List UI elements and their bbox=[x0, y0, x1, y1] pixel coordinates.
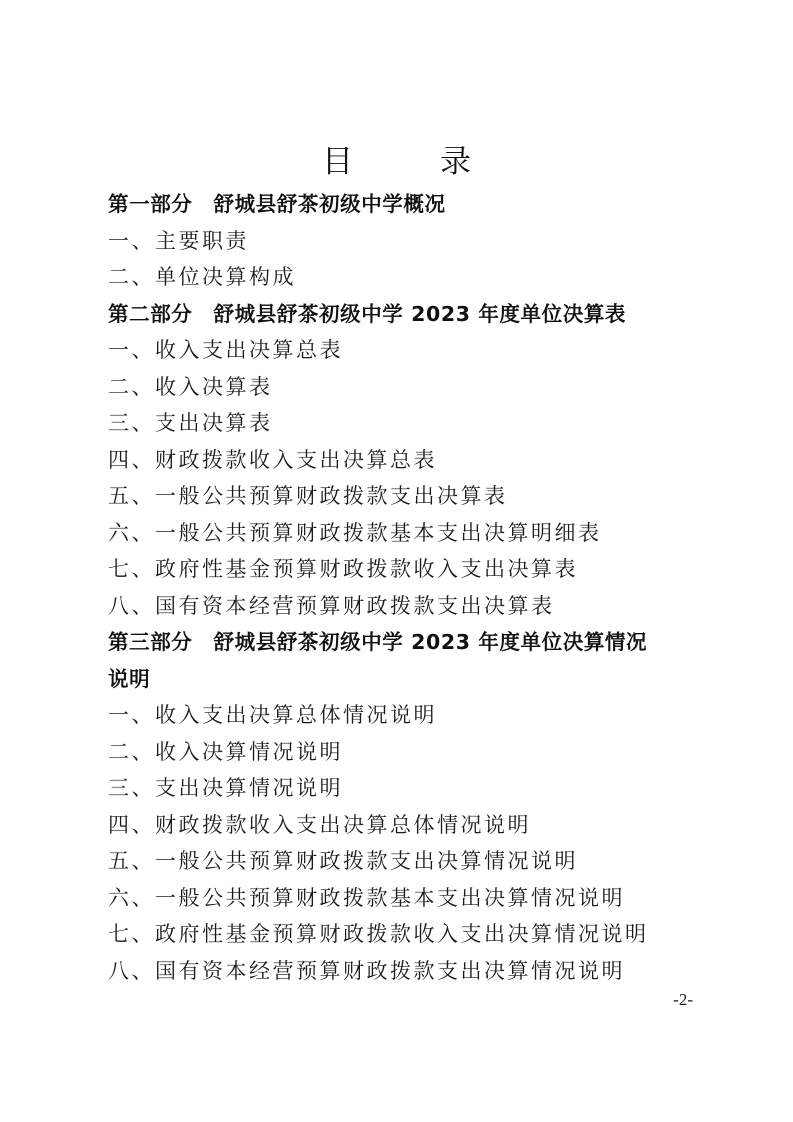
toc-entry[interactable]: 一、收入支出决算总表 bbox=[108, 332, 708, 369]
toc-entry[interactable]: 二、收入决算情况说明 bbox=[108, 734, 708, 771]
toc-part-3-heading[interactable]: 第三部分 舒城县舒茶初级中学 2023 年度单位决算情况 bbox=[108, 624, 708, 661]
toc-title: 目 录 bbox=[0, 142, 793, 182]
toc-entry[interactable]: 八、国有资本经营预算财政拨款支出决算表 bbox=[108, 588, 708, 625]
toc-part-1-heading[interactable]: 第一部分 舒城县舒茶初级中学概况 bbox=[108, 186, 708, 223]
toc-entry[interactable]: 八、国有资本经营预算财政拨款支出决算情况说明 bbox=[108, 953, 708, 990]
toc-entry[interactable]: 四、财政拨款收入支出决算总表 bbox=[108, 442, 708, 479]
toc-entry[interactable]: 六、一般公共预算财政拨款基本支出决算明细表 bbox=[108, 515, 708, 552]
toc-entry[interactable]: 一、收入支出决算总体情况说明 bbox=[108, 697, 708, 734]
toc-entry[interactable]: 七、政府性基金预算财政拨款收入支出决算表 bbox=[108, 551, 708, 588]
toc-part-3-heading-continued[interactable]: 说明 bbox=[108, 661, 708, 698]
toc-entry[interactable]: 二、单位决算构成 bbox=[108, 259, 708, 296]
toc-entry[interactable]: 一、主要职责 bbox=[108, 223, 708, 260]
toc-part-2-heading[interactable]: 第二部分 舒城县舒茶初级中学 2023 年度单位决算表 bbox=[108, 296, 708, 333]
page-number: -2- bbox=[673, 990, 693, 1010]
toc-entry[interactable]: 五、一般公共预算财政拨款支出决算情况说明 bbox=[108, 843, 708, 880]
document-page: 目 录 第一部分 舒城县舒茶初级中学概况 一、主要职责 二、单位决算构成 第二部… bbox=[0, 0, 793, 1122]
toc-entry[interactable]: 四、财政拨款收入支出决算总体情况说明 bbox=[108, 807, 708, 844]
toc-entry[interactable]: 二、收入决算表 bbox=[108, 369, 708, 406]
toc-entry[interactable]: 七、政府性基金预算财政拨款收入支出决算情况说明 bbox=[108, 916, 708, 953]
toc-entry[interactable]: 五、一般公共预算财政拨款支出决算表 bbox=[108, 478, 708, 515]
toc-entry[interactable]: 三、支出决算表 bbox=[108, 405, 708, 442]
toc-entry[interactable]: 六、一般公共预算财政拨款基本支出决算情况说明 bbox=[108, 880, 708, 917]
toc-entry[interactable]: 三、支出决算情况说明 bbox=[108, 770, 708, 807]
table-of-contents: 第一部分 舒城县舒茶初级中学概况 一、主要职责 二、单位决算构成 第二部分 舒城… bbox=[108, 186, 708, 989]
